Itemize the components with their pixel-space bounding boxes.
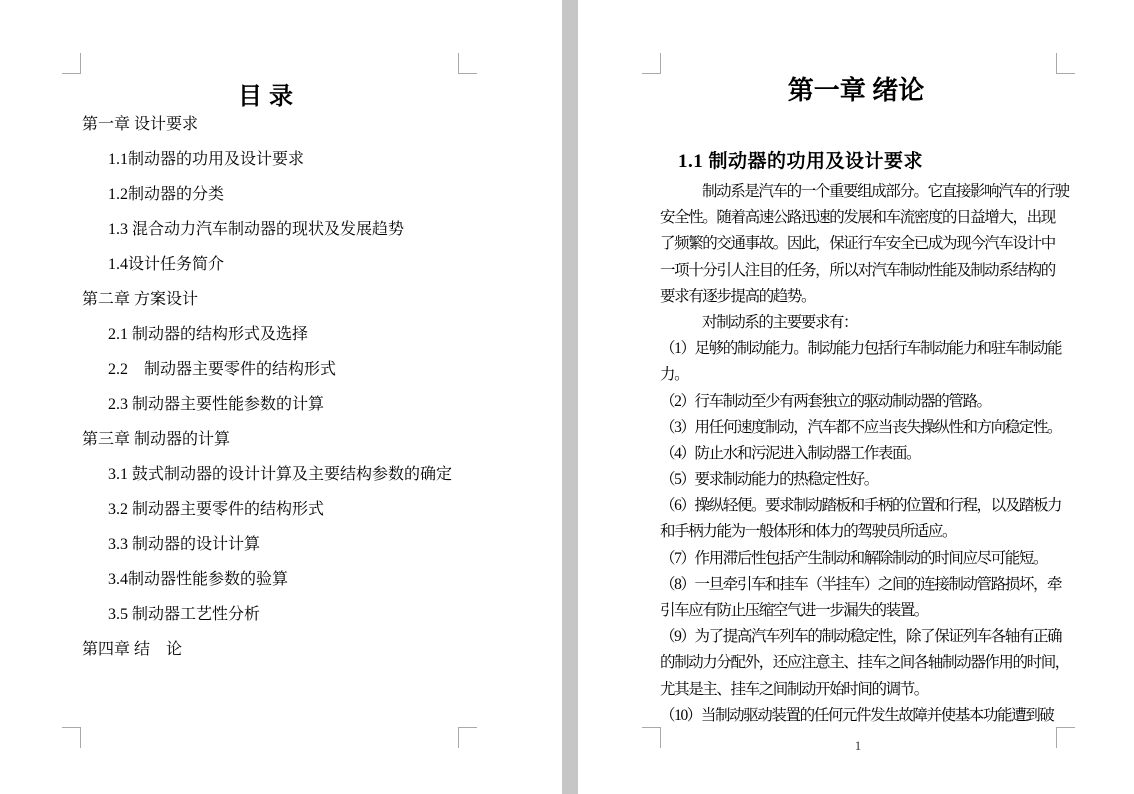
toc-entry-section-1-4[interactable]: 1.4设计任务简介	[82, 247, 542, 282]
body-line: （10）当制动驱动装置的任何元件发生故障并使基本功能遭到破	[660, 703, 1060, 729]
margin-mark-bottom-right	[458, 727, 477, 748]
margin-mark-top-left	[62, 53, 81, 74]
toc-entry-section-3-1[interactable]: 3.1 鼓式制动器的设计计算及主要结构参数的确定	[82, 457, 542, 492]
chapter-title: 第一章 绪论	[578, 70, 1134, 107]
body-line: （8）一旦牵引车和挂车（半挂车）之间的连接制动管路损坏，牵	[660, 572, 1060, 598]
toc-entry-section-3-2[interactable]: 3.2 制动器主要零件的结构形式	[82, 492, 542, 527]
body-line: （9）为了提高汽车列车的制动稳定性，除了保证列车各轴有正确	[660, 624, 1060, 650]
body-line: 的制动力分配外，还应注意主、挂车之间各轴制动器作用的时间，	[660, 650, 1060, 676]
body-line: （3）用任何速度制动，汽车都不应当丧失操纵性和方向稳定性。	[660, 415, 1060, 441]
toc-entry-chapter-4[interactable]: 第四章 结 论	[82, 632, 542, 667]
toc-entry-chapter-2[interactable]: 第二章 方案设计	[82, 282, 542, 317]
body-line: 安全性。随着高速公路迅速的发展和车流密度的日益增大，出现	[660, 205, 1060, 231]
body-line: （7）作用滞后性包括产生制动和解除制动的时间应尽可能短。	[660, 546, 1060, 572]
chapter-body: 制动系是汽车的一个重要组成部分。它直接影响汽车的行驶 安全性。随着高速公路迅速的…	[660, 179, 1060, 729]
body-line: 引车应有防止压缩空气进一步漏失的装置。	[660, 598, 1060, 624]
document-page-toc[interactable]: 目录 第一章 设计要求 1.1制动器的功用及设计要求 1.2制动器的分类 1.3…	[0, 0, 562, 794]
body-line: 力。	[660, 362, 1060, 388]
body-line: 对制动系的主要要求有：	[660, 310, 1060, 336]
body-line: （1）足够的制动能力。制动能力包括行车制动能力和驻车制动能	[660, 336, 1060, 362]
toc-entry-section-3-3[interactable]: 3.3 制动器的设计计算	[82, 527, 542, 562]
margin-mark-bottom-left	[62, 727, 81, 748]
section-heading: 1.1 制动器的功用及设计要求	[678, 146, 923, 173]
body-line: 要求有逐步提高的趋势。	[660, 284, 1060, 310]
body-line: 和手柄力能为一般体形和体力的驾驶员所适应。	[660, 519, 1060, 545]
toc-list: 第一章 设计要求 1.1制动器的功用及设计要求 1.2制动器的分类 1.3 混合…	[82, 107, 542, 667]
margin-mark-bottom-left	[642, 727, 661, 748]
body-line: （2）行车制动至少有两套独立的驱动制动器的管路。	[660, 389, 1060, 415]
toc-entry-section-3-4[interactable]: 3.4制动器性能参数的验算	[82, 562, 542, 597]
body-line: 了频繁的交通事故。因此，保证行车安全已成为现今汽车设计中	[660, 231, 1060, 257]
margin-mark-bottom-right	[1056, 727, 1075, 748]
toc-entry-section-1-3[interactable]: 1.3 混合动力汽车制动器的现状及发展趋势	[82, 212, 542, 247]
body-line: 尤其是主、挂车之间制动开始时间的调节。	[660, 677, 1060, 703]
toc-entry-section-2-2[interactable]: 2.2 制动器主要零件的结构形式	[82, 352, 542, 387]
toc-entry-section-1-1[interactable]: 1.1制动器的功用及设计要求	[82, 142, 542, 177]
margin-mark-top-right	[458, 53, 477, 74]
body-line: 制动系是汽车的一个重要组成部分。它直接影响汽车的行驶	[660, 179, 1060, 205]
body-line: （5）要求制动能力的热稳定性好。	[660, 467, 1060, 493]
body-line: （6）操纵轻便。要求制动踏板和手柄的位置和行程，以及踏板力	[660, 493, 1060, 519]
page-gap-divider	[562, 0, 578, 794]
toc-entry-section-3-5[interactable]: 3.5 制动器工艺性分析	[82, 597, 542, 632]
toc-title: 目录	[80, 76, 458, 111]
toc-entry-chapter-1[interactable]: 第一章 设计要求	[82, 107, 542, 142]
body-line: （4）防止水和污泥进入制动器工作表面。	[660, 441, 1060, 467]
toc-entry-section-2-1[interactable]: 2.1 制动器的结构形式及选择	[82, 317, 542, 352]
toc-entry-chapter-3[interactable]: 第三章 制动器的计算	[82, 422, 542, 457]
toc-entry-section-1-2[interactable]: 1.2制动器的分类	[82, 177, 542, 212]
body-line: 一项十分引人注目的任务，所以对汽车制动性能及制动系结构的	[660, 258, 1060, 284]
document-page-chapter-1[interactable]: 第一章 绪论 1.1 制动器的功用及设计要求 制动系是汽车的一个重要组成部分。它…	[578, 0, 1134, 794]
page-number: 1	[660, 738, 1056, 754]
document-view: 目录 第一章 设计要求 1.1制动器的功用及设计要求 1.2制动器的分类 1.3…	[0, 0, 1134, 794]
toc-entry-section-2-3[interactable]: 2.3 制动器主要性能参数的计算	[82, 387, 542, 422]
